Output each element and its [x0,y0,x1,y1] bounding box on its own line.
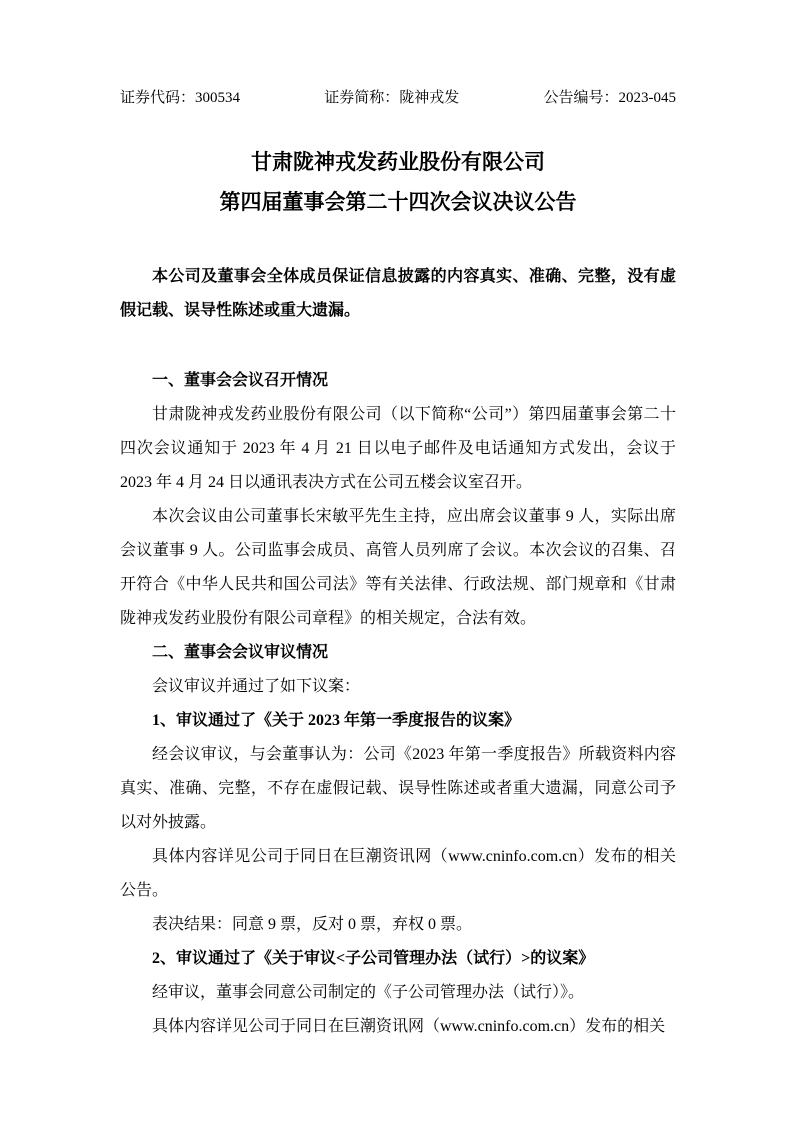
resolution-item1-disclosure: 具体内容详见公司于同日在巨潮资讯网（www.cninfo.com.cn）发布的相… [120,840,676,908]
stock-name-label: 证券简称：陇神戎发 [324,88,459,108]
section2-intro: 会议审议并通过了如下议案： [120,670,676,704]
section1-paragraph-attendance: 本次会议由公司董事长宋敏平先生主持，应出席会议董事 9 人，实际出席会议董事 9… [120,500,676,636]
resolution-item1-vote-result: 表决结果：同意 9 票，反对 0 票，弃权 0 票。 [120,908,676,942]
resolution-item1-opinion: 经会议审议，与会董事认为：公司《2023 年第一季度报告》所载资料内容真实、准确… [120,738,676,840]
disclosure-statement: 本公司及董事会全体成员保证信息披露的内容真实、准确、完整，没有虚假记载、误导性陈… [120,260,676,328]
document-content: 证券代码：300534 证券简称：陇神戎发 公告编号：2023-045 甘肃陇神… [0,88,793,1044]
document-body: 一、董事会会议召开情况 甘肃陇神戎发药业股份有限公司（以下简称“公司”）第四届董… [120,364,676,1044]
resolution-item2-heading: 2、审议通过了《关于审议<子公司管理办法（试行）>的议案》 [120,942,676,976]
resolution-item2-approval: 经审议，董事会同意公司制定的《子公司管理办法（试行）》。 [120,976,676,1010]
announcement-document-page: 证券代码：300534 证券简称：陇神戎发 公告编号：2023-045 甘肃陇神… [0,0,793,1122]
meeting-resolution-title: 第四届董事会第二十四次会议决议公告 [120,182,676,222]
resolution-item2-disclosure: 具体内容详见公司于同日在巨潮资讯网（www.cninfo.com.cn）发布的相… [120,1010,676,1044]
announcement-number-label: 公告编号：2023-045 [544,88,677,108]
section1-paragraph-notice: 甘肃陇神戎发药业股份有限公司（以下简称“公司”）第四届董事会第二十四次会议通知于… [120,398,676,500]
company-name-title: 甘肃陇神戎发药业股份有限公司 [120,142,676,182]
document-header: 证券代码：300534 证券简称：陇神戎发 公告编号：2023-045 [120,88,676,108]
stock-code-label: 证券代码：300534 [120,88,240,108]
resolution-item1-heading: 1、审议通过了《关于 2023 年第一季度报告的议案》 [120,704,676,738]
section1-heading: 一、董事会会议召开情况 [120,364,676,398]
section2-heading: 二、董事会会议审议情况 [120,636,676,670]
document-title: 甘肃陇神戎发药业股份有限公司 第四届董事会第二十四次会议决议公告 [120,142,676,222]
